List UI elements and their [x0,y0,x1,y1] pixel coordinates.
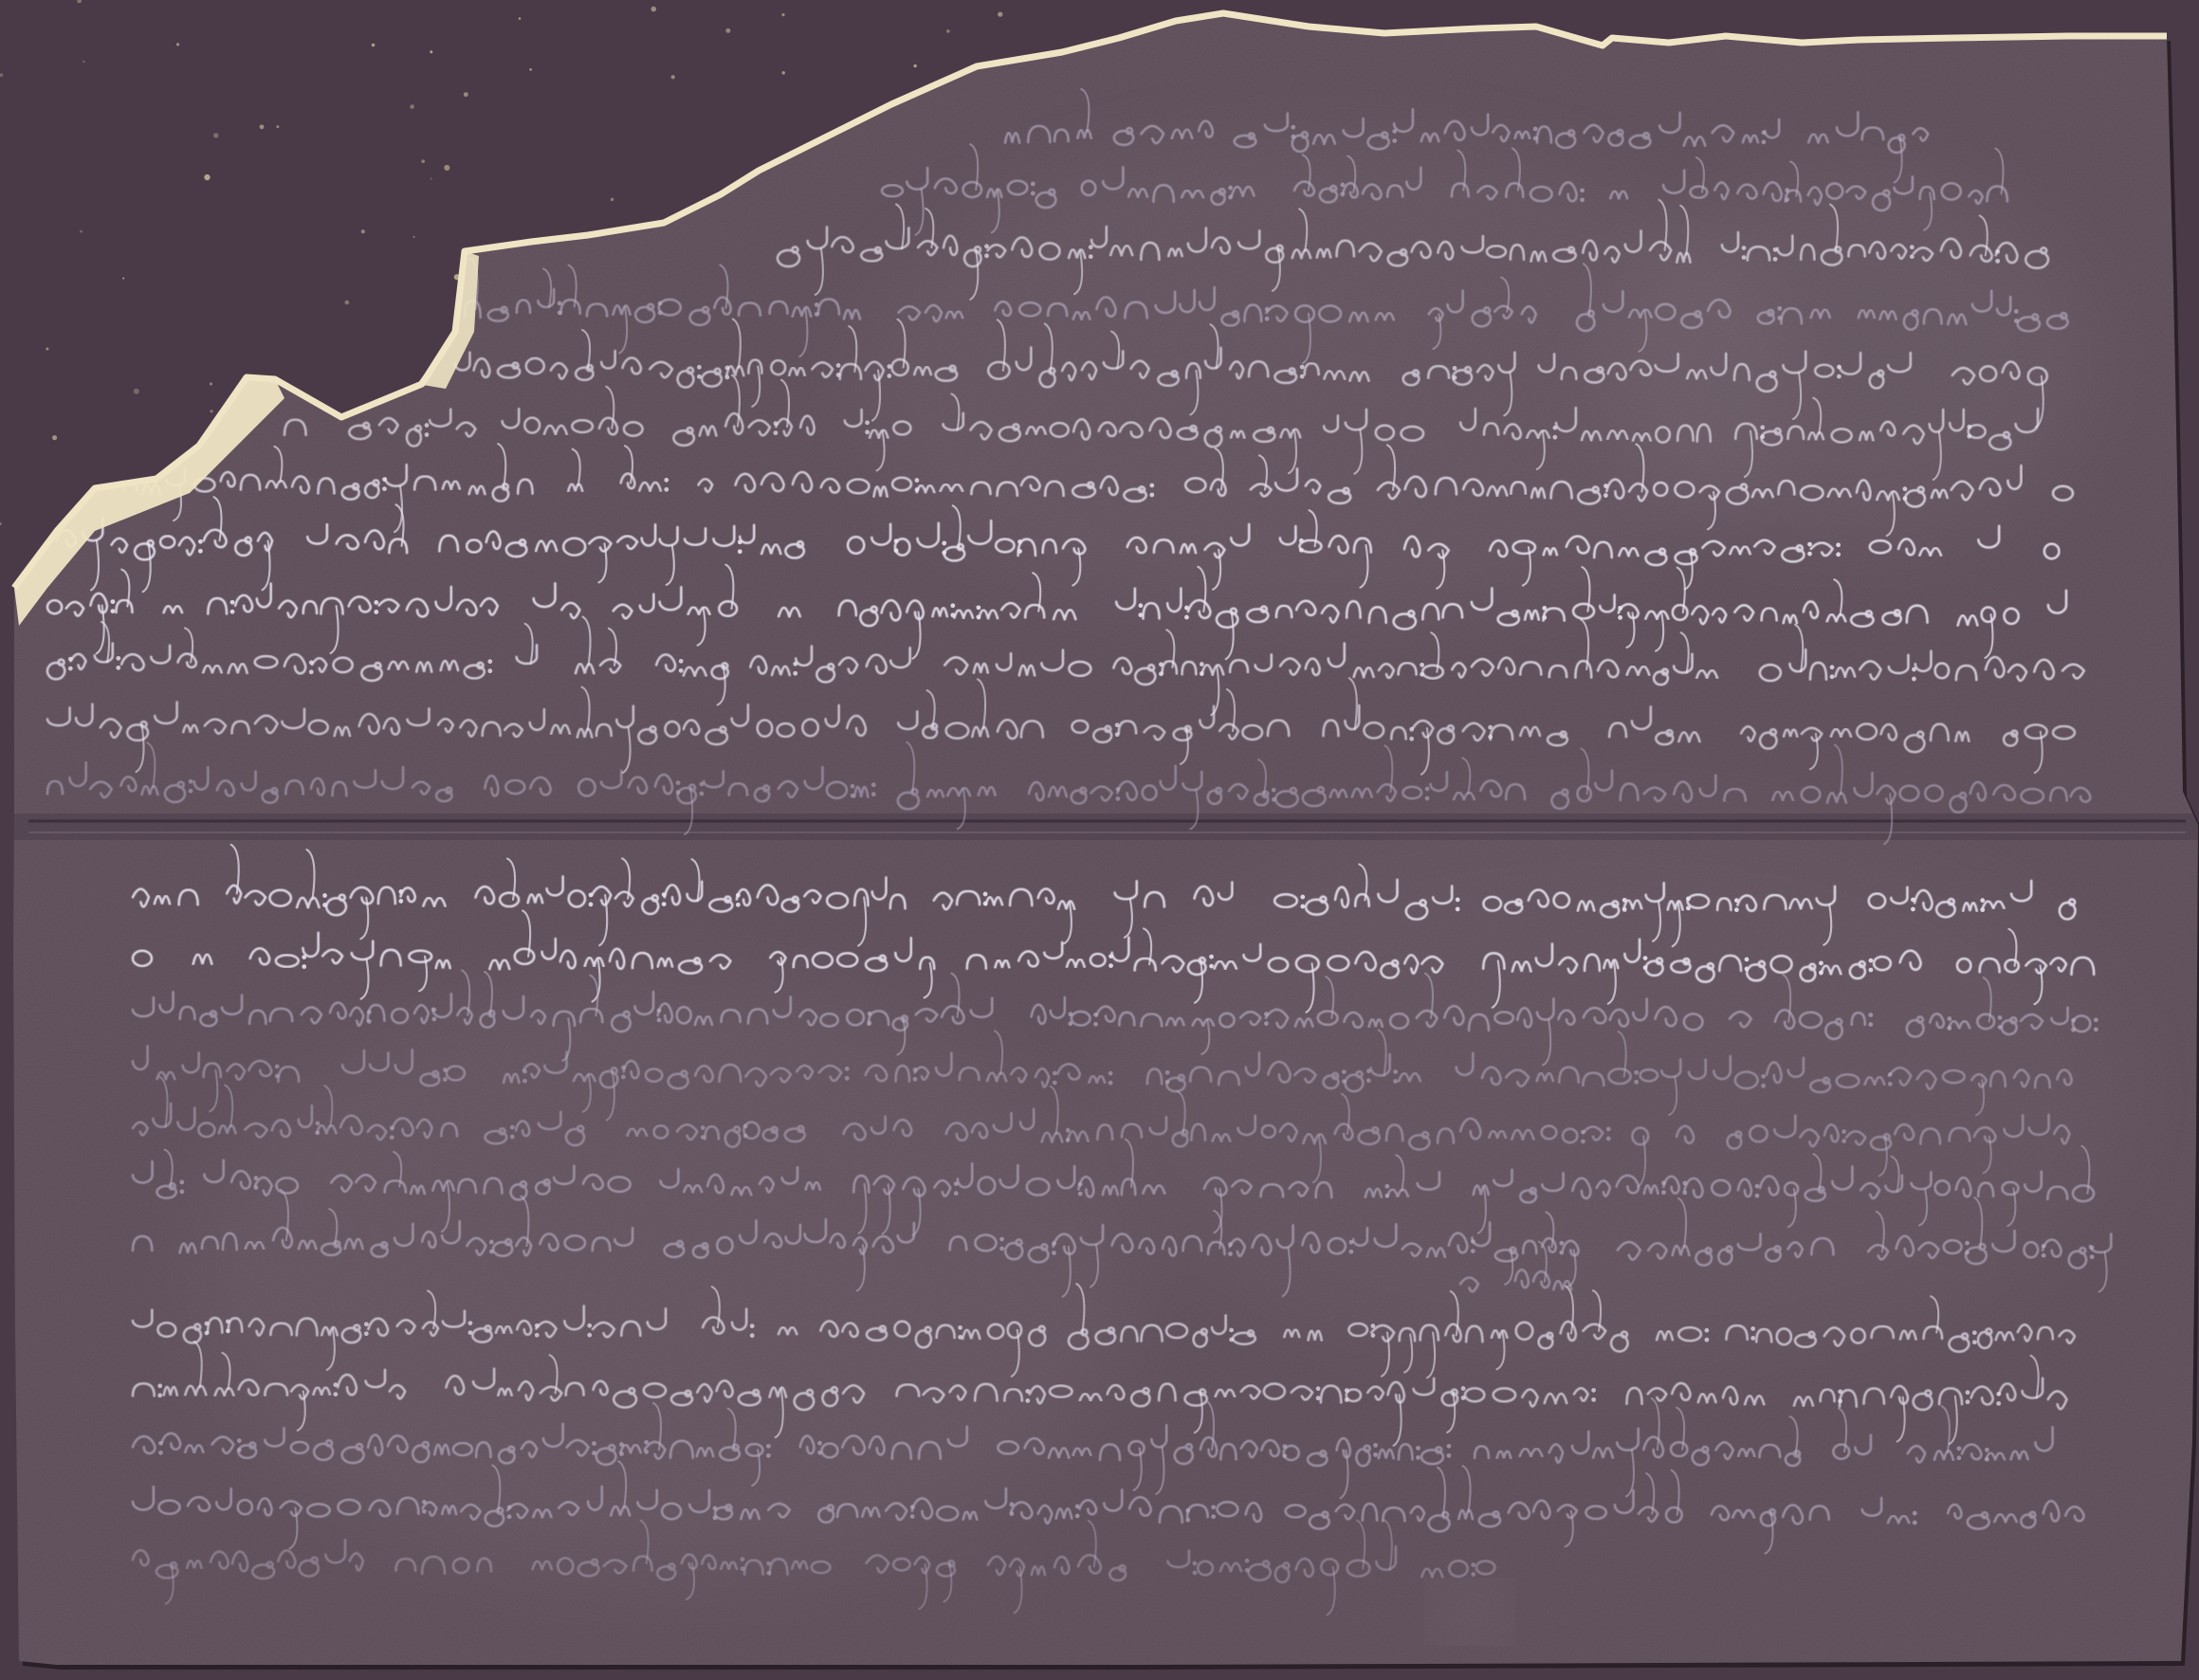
fold-crease [0,813,2199,840]
manuscript-photo: Burmese parabaik manuscript page with wh… [0,0,2199,1680]
manuscript-illustration [0,0,2199,1680]
